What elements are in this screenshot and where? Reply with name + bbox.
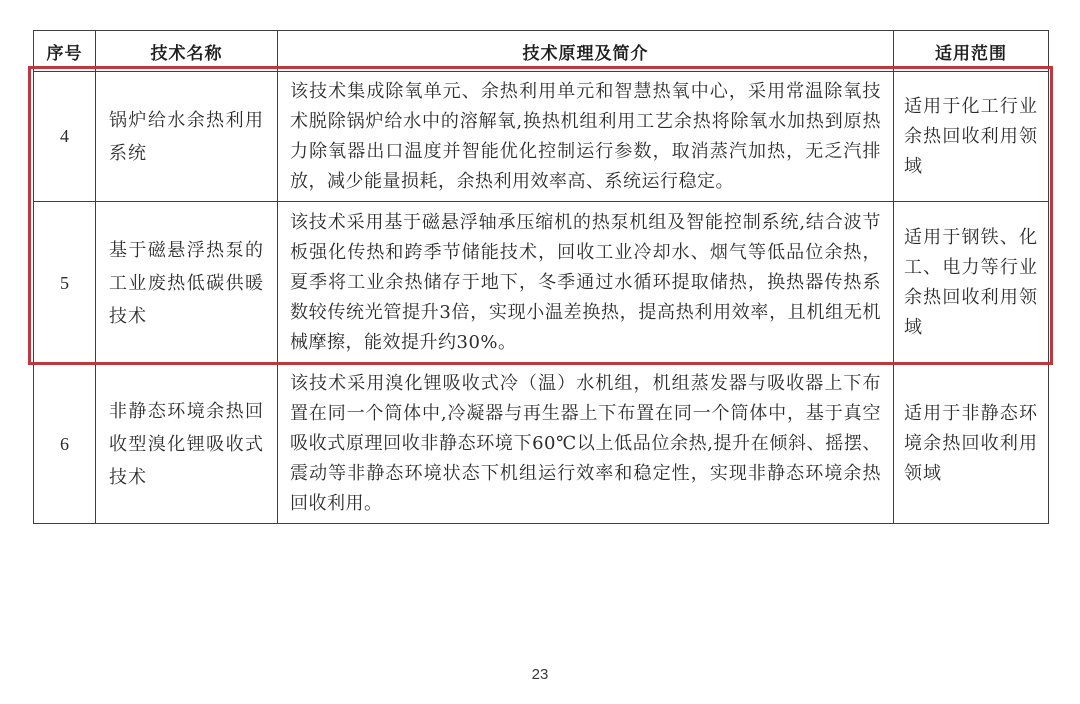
tech-scope-cell: 适用于非静态环境余热回收利用领域	[894, 365, 1049, 524]
header-applicable-scope: 适用范围	[894, 31, 1049, 72]
table-row-5: 5 基于磁悬浮热泵的工业废热低碳供暖技术 该技术采用基于磁悬浮轴承压缩机的热泵机…	[34, 202, 1049, 365]
row-number-cell: 6	[34, 365, 96, 524]
row-number-cell: 4	[34, 72, 96, 202]
tech-name-cell: 非静态环境余热回收型溴化锂吸收式技术	[96, 365, 278, 524]
table-row-6: 6 非静态环境余热回收型溴化锂吸收式技术 该技术采用溴化锂吸收式冷（温）水机组，…	[34, 365, 1049, 524]
tech-scope-cell: 适用于钢铁、化工、电力等行业余热回收利用领域	[894, 202, 1049, 365]
header-technology-name: 技术名称	[96, 31, 278, 72]
page-number: 23	[0, 666, 1080, 683]
table-row-4: 4 锅炉给水余热利用系统 该技术集成除氧单元、余热利用单元和智慧热氧中心，采用常…	[34, 72, 1049, 202]
document-page: 序号 技术名称 技术原理及简介 适用范围 4 锅炉给水余热利用系统 该技术集成除…	[0, 0, 1080, 704]
header-principle-intro: 技术原理及简介	[278, 31, 894, 72]
technology-table: 序号 技术名称 技术原理及简介 适用范围 4 锅炉给水余热利用系统 该技术集成除…	[33, 30, 1049, 524]
table-header-row: 序号 技术名称 技术原理及简介 适用范围	[34, 31, 1049, 72]
tech-scope-cell: 适用于化工行业余热回收利用领域	[894, 72, 1049, 202]
row-number-cell: 5	[34, 202, 96, 365]
tech-name-cell: 锅炉给水余热利用系统	[96, 72, 278, 202]
tech-principle-cell: 该技术集成除氧单元、余热利用单元和智慧热氧中心，采用常温除氧技术脱除锅炉给水中的…	[278, 72, 894, 202]
tech-name-cell: 基于磁悬浮热泵的工业废热低碳供暖技术	[96, 202, 278, 365]
header-serial-number: 序号	[34, 31, 96, 72]
tech-principle-cell: 该技术采用基于磁悬浮轴承压缩机的热泵机组及智能控制系统,结合波节板强化传热和跨季…	[278, 202, 894, 365]
tech-principle-cell: 该技术采用溴化锂吸收式冷（温）水机组，机组蒸发器与吸收器上下布置在同一个筒体中,…	[278, 365, 894, 524]
